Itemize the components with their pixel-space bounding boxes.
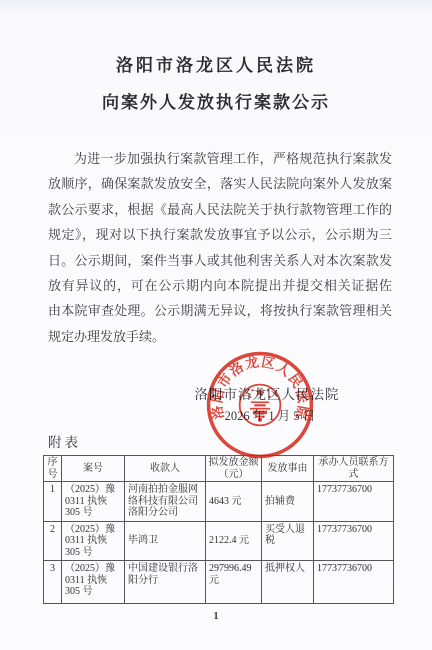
payout-table: 序号案号收款人拟发放金额（元）发放事由承办人员联系方式 1 （2025）豫 03… [43, 455, 394, 604]
cell-case-number: （2025）豫 0311 执恢 305 号 [62, 561, 125, 604]
cell-payee: 毕鸿卫 [125, 521, 206, 561]
body-line: 由本院审查处理。公示期满无异议，将按执行案款管理相关 [48, 298, 392, 323]
cell-case-number: （2025）豫 0311 执恢 305 号 [62, 521, 125, 561]
cell-amount: 4643 元 [206, 482, 262, 522]
table-header-cell: 发放事由 [262, 456, 314, 482]
table-header-cell: 拟发放金额（元） [206, 456, 262, 482]
cell-contact: 17737736700 [314, 482, 394, 522]
cell-contact: 17737736700 [314, 521, 394, 561]
document-page: 洛阳市洛龙区人民法院 向案外人发放执行案款公示 为进一步加强执行案款管理工作，严… [0, 0, 432, 650]
table-row: 2 （2025）豫 0311 执恢 305 号 毕鸿卫 2122.4 元 买受人… [44, 521, 394, 561]
official-court-seal: 洛阳市洛龙区人民法院 [204, 349, 316, 461]
body-line: 放顺序，确保案款发放安全，落实人民法院向案外人发放案 [48, 171, 392, 196]
body-line: 日。公示期间，案件当事人或其他利害关系人对本次案款发 [48, 248, 392, 273]
cell-serial-number: 2 [44, 521, 62, 561]
cell-reason: 拍辅费 [262, 482, 314, 522]
seal-ring [209, 354, 312, 457]
notice-body: 为进一步加强执行案款管理工作，严格规范执行案款发放顺序，确保案款发放安全，落实人… [48, 146, 392, 349]
cell-reason: 抵押权人 [262, 561, 314, 604]
table-row: 1 （2025）豫 0311 执恢 305 号 河南拍拍金服网络科技有限公司洛阳… [44, 482, 394, 522]
body-line: 款公示要求，根据《最高人民法院关于执行款物管理工作的 [48, 197, 392, 222]
body-line: 为进一步加强执行案款管理工作，严格规范执行案款发 [48, 146, 392, 171]
attachment-table-label: 附表 [48, 431, 81, 451]
signature-date: 2026 年 1 月 5 日 [160, 406, 380, 424]
cell-payee: 中国建设银行洛阳分行 [125, 561, 206, 604]
signature-court-name: 洛阳市洛龙区人民法院 [152, 383, 382, 403]
cell-contact: 17737736700 [314, 561, 394, 604]
table-header-cell: 案号 [62, 456, 125, 482]
cell-reason: 买受人退税 [262, 521, 314, 561]
table-header-cell: 序号 [44, 456, 62, 482]
body-line: 规定》，现对以下执行案款发放事宜予以公示，公示期为三 [48, 222, 392, 247]
table-header-cell: 收款人 [125, 456, 206, 482]
document-title-line2: 向案外人发放执行案款公示 [0, 88, 432, 113]
table-header-row: 序号案号收款人拟发放金额（元）发放事由承办人员联系方式 [44, 456, 394, 482]
document-title-line1: 洛阳市洛龙区人民法院 [0, 51, 432, 76]
court-seal-icon: 洛阳市洛龙区人民法院 [204, 349, 316, 461]
table-header-cell: 承办人员联系方式 [314, 456, 394, 482]
table-row: 3 （2025）豫 0311 执恢 305 号 中国建设银行洛阳分行 29799… [44, 561, 394, 604]
body-line: 放有异议的，可在公示期内向本院提出并提交相关证据佐证， [48, 273, 392, 298]
cell-amount: 2122.4 元 [206, 521, 262, 561]
cell-amount: 297996.49 元 [206, 561, 262, 604]
cell-serial-number: 1 [44, 482, 62, 522]
body-line: 规定办理发放手续。 [48, 324, 392, 349]
page-number: 1 [0, 611, 432, 622]
cell-payee: 河南拍拍金服网络科技有限公司洛阳分公司 [125, 482, 206, 522]
cell-case-number: （2025）豫 0311 执恢 305 号 [62, 482, 125, 522]
cell-serial-number: 3 [44, 561, 62, 604]
